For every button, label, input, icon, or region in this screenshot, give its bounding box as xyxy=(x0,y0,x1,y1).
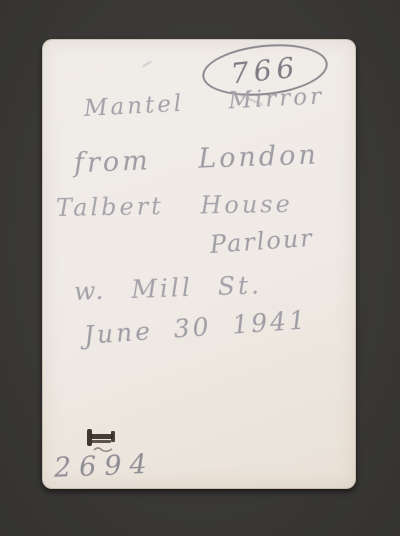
inscription-line-origin: from London xyxy=(73,139,319,179)
pencil-smudge xyxy=(142,61,152,68)
inscription-line-house: Talbert House xyxy=(56,190,293,222)
inscription-line-title: Mantel Mirror xyxy=(83,83,324,122)
inscription-line-street: w. Mill St. xyxy=(73,270,262,306)
photo-backdrop: 766 Mantel Mirror from London Talbert Ho… xyxy=(0,0,400,536)
inscription-line-room: Parlour xyxy=(209,224,315,259)
photo-card-verso: 766 Mantel Mirror from London Talbert Ho… xyxy=(42,39,356,489)
accession-number: 2694 xyxy=(53,449,155,483)
inscription-line-date: June 30 1941 xyxy=(83,305,309,350)
